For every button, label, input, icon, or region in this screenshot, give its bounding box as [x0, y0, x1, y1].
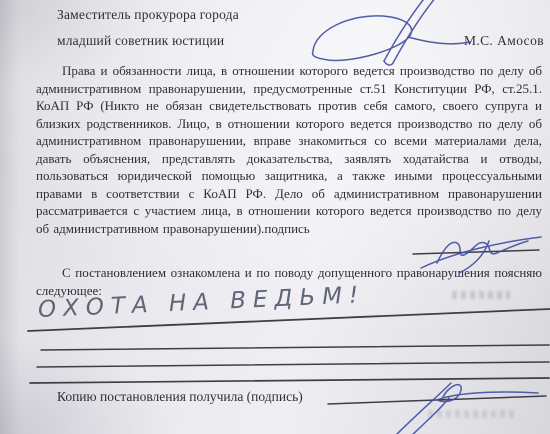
subject-signature-receipt — [395, 383, 538, 434]
ink-bleedthrough-mark — [428, 410, 514, 418]
official-signature — [313, 0, 470, 65]
copy-receipt-label: Копию постановления получила (подпись) — [57, 389, 303, 405]
write-line-4 — [30, 378, 549, 383]
official-position-line1: Заместитель прокурора города — [57, 7, 239, 23]
rights-paragraph: Права и обязанности лица, в отношении ко… — [36, 62, 542, 237]
write-line-3 — [37, 362, 549, 367]
ink-bleedthrough-mark — [452, 291, 510, 299]
official-name: М.С. Амосов — [464, 33, 544, 49]
rights-paragraph-text: Права и обязанности лица, в отношении ко… — [36, 63, 542, 236]
official-position-line2: младший советник юстиции — [57, 33, 224, 49]
signature-underline-rights — [413, 250, 539, 254]
document-photo: Заместитель прокурора города младший сов… — [0, 0, 550, 434]
signature-underline-receipt — [328, 396, 546, 404]
write-line-2 — [41, 345, 549, 350]
